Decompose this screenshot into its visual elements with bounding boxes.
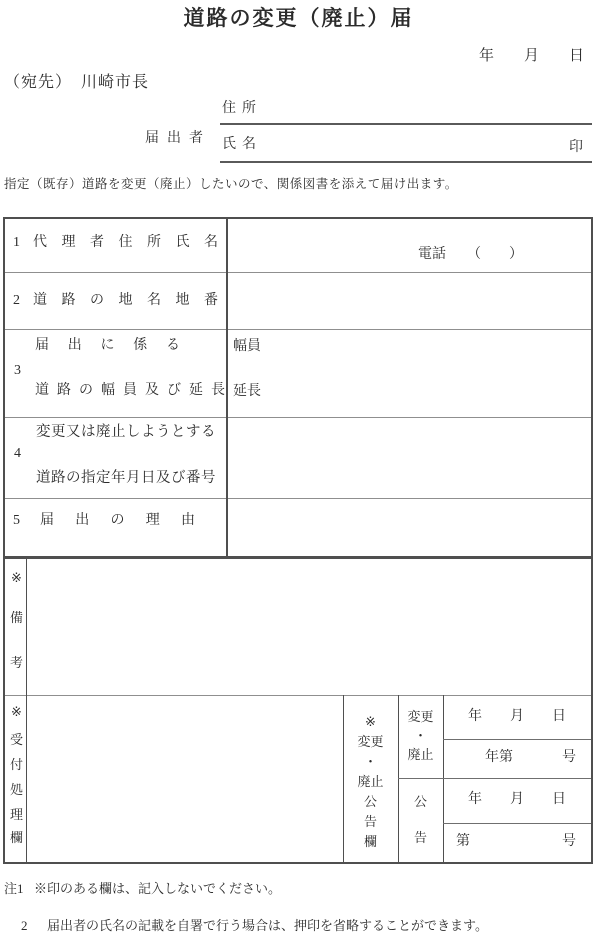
footnote-1: 注1 ※印のある欄は、記入しないでください。	[4, 882, 281, 897]
length-label: 延長	[233, 384, 261, 400]
remarks-mark: ※	[5, 571, 28, 586]
addressee-line: （宛先） 川崎市長	[4, 74, 149, 92]
row4-label-line1: 変更又は廃止しようとする	[36, 424, 216, 441]
row-divider	[5, 417, 591, 418]
declarer-label: 届出者	[145, 131, 211, 147]
announce-char: 告	[414, 831, 427, 846]
notice-char: 変更	[357, 735, 383, 750]
change-abolition-cell: 変更 ・ 廃止	[398, 695, 443, 778]
section-divider-thick	[5, 556, 591, 559]
address-label: 住所	[222, 101, 262, 117]
seal-label: 印	[569, 140, 583, 156]
processing-char: 付	[5, 758, 28, 773]
row3-number: 3	[14, 363, 21, 379]
row2-label: 道路の地名地番	[33, 293, 218, 309]
change-char: ・	[414, 729, 427, 744]
page: { "header": { "title": "道路の変更（廃止）届", "da…	[0, 0, 597, 939]
width-label: 幅員	[233, 339, 261, 355]
declaration-statement: 指定（既存）道路を変更（廃止）したいので、関係図書を添えて届け出ます。	[4, 177, 458, 191]
change-number-cell: 年第 号	[443, 739, 591, 778]
change-date-label: 年 月 日	[468, 709, 566, 725]
row2-number: 2	[13, 293, 33, 309]
name-label: 氏名	[222, 137, 262, 153]
change-number-left: 年第	[485, 750, 513, 766]
address-underline	[220, 123, 592, 125]
change-char: 変更	[407, 710, 433, 725]
form-table: 1 代理者住所氏名 電話 （ ） 2 道路の地名地番 3 届出に係る 道路の幅員…	[3, 217, 593, 864]
change-char: 廃止	[407, 748, 433, 763]
row-divider	[5, 498, 591, 499]
row1-header: 1 代理者住所氏名	[13, 235, 218, 251]
notice-char: 公	[364, 795, 377, 810]
announce-date-cell: 年 月 日	[443, 778, 591, 823]
footnote-1-text: ※印のある欄は、記入しないでください。	[34, 882, 281, 897]
row5-label: 届出の理由	[40, 513, 195, 529]
row1-number: 1	[13, 235, 33, 251]
date-line: 年 月 日	[479, 48, 584, 65]
phone-label: 電話 （ ）	[418, 247, 523, 263]
notice-char: 告	[364, 815, 377, 830]
row3-label-line1: 届出に係る	[35, 338, 225, 354]
row4-number: 4	[14, 446, 21, 462]
notice-char: ※	[365, 715, 376, 730]
row4-label-line2: 道路の指定年月日及び番号	[36, 470, 216, 487]
processing-char: 理	[5, 808, 28, 823]
processing-mark: ※	[5, 705, 28, 720]
notice-char: 欄	[364, 835, 377, 850]
row-divider	[5, 329, 591, 330]
footnote-2: 2 届出者の氏名の記載を自署で行う場合は、押印を省略することができます。	[21, 919, 488, 934]
notice-char: 廃止	[357, 775, 383, 790]
announce-number-left: 第	[456, 834, 470, 850]
change-number-right: 号	[562, 750, 576, 766]
name-underline	[220, 161, 592, 163]
row3-label-line2: 道路の幅員及び延長	[35, 383, 225, 399]
label-column-divider	[226, 219, 228, 557]
remarks-char: 備	[5, 611, 28, 626]
row5-header: 5 届出の理由	[13, 513, 195, 529]
row2-header: 2 道路の地名地番	[13, 293, 218, 309]
announce-char: 公	[414, 795, 427, 810]
change-date-cell: 年 月 日	[443, 695, 591, 739]
processing-char: 受	[5, 733, 28, 748]
notice-column: ※ 変更 ・ 廃止 公 告 欄	[343, 695, 398, 862]
row5-number: 5	[13, 513, 40, 529]
processing-char: 処	[5, 783, 28, 798]
row-divider	[5, 272, 591, 273]
form-title: 道路の変更（廃止）届	[0, 6, 597, 30]
announcement-cell: 公 告	[398, 778, 443, 862]
announce-date-label: 年 月 日	[468, 792, 566, 808]
footnote-1-number: 注1	[4, 882, 34, 897]
footnote-2-number: 2	[21, 919, 47, 934]
announce-number-cell: 第 号	[443, 823, 591, 862]
announce-number-right: 号	[562, 834, 576, 850]
remarks-char: 考	[5, 656, 28, 671]
row1-label: 代理者住所氏名	[33, 235, 218, 251]
footnote-2-text: 届出者の氏名の記載を自署で行う場合は、押印を省略することができます。	[47, 919, 488, 934]
notice-char: ・	[364, 755, 377, 770]
processing-char: 欄	[5, 831, 28, 846]
